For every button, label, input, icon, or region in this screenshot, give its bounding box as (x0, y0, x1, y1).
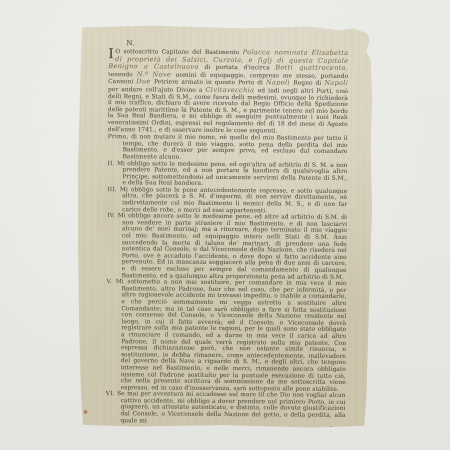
catchword: fussi (105, 425, 343, 433)
handwritten-entry: Civitavecchia (205, 86, 257, 94)
printed-text: di portata d'incirca (204, 65, 275, 72)
article-item: V. Mi sottometto a non mai sostituire, p… (106, 279, 347, 393)
article-numeral: VI. (106, 391, 115, 397)
page-background: N. IO sottoscritto Capitano del Bastimen… (0, 0, 450, 450)
handwritten-entry: Napoli (266, 79, 293, 87)
article-item: IV. Mi obbligo ancora sotto le medesime … (107, 213, 348, 281)
article-numeral: III. (107, 187, 117, 193)
opening-paragraph: IO sottoscritto Capitano del Bastimento … (108, 48, 349, 135)
article-item: VI. Se mai per avventura mi accadesse su… (105, 391, 345, 426)
article-text: Mi obbligo ancora sotto le medesime pene… (115, 213, 347, 280)
article-text: Mi obbligo sotto le medesime pene, ed og… (115, 161, 348, 187)
printed-text: ed indi negli altri Porti, così delli Re… (108, 88, 348, 134)
drop-cap: I (108, 48, 113, 60)
handwritten-entry: Botti quattrocento, (275, 64, 348, 73)
printed-text: Petriere (154, 80, 181, 86)
article-text: di non mutare il mio nome, nè quello del… (123, 134, 348, 160)
article-item: III. Mi obbligo sotto le pene antecedent… (107, 187, 347, 215)
article-item: II. Mi obbligo sotto le medesime pene, e… (107, 161, 347, 189)
articles-list: Primo, di non mutare il mio nome, nè que… (105, 134, 347, 426)
article-numeral: Primo, (108, 134, 129, 140)
article-numeral: IV. (107, 213, 115, 219)
document-page: N. IO sottoscritto Capitano del Bastimen… (75, 24, 374, 429)
article-text: Mi obbligo sotto le pene antecedentement… (117, 187, 347, 214)
article-text: Mi sottometto a non mai sostituire, per … (112, 279, 347, 392)
document-content: N. IO sottoscritto Capitano del Bastimen… (75, 24, 374, 434)
handwritten-entry: Due (136, 78, 154, 86)
opening-text: O sottoscritto Capitano del Bastimento P… (108, 49, 349, 134)
article-text: Se mai per avventura mi accadesse sul ma… (115, 391, 346, 424)
article-item: Primo, di non mutare il mio nome, nè que… (108, 134, 348, 162)
printed-text: Regno di (293, 81, 324, 87)
printed-text: tenendo (108, 72, 137, 78)
handwritten-entry: Napoli (324, 79, 348, 87)
